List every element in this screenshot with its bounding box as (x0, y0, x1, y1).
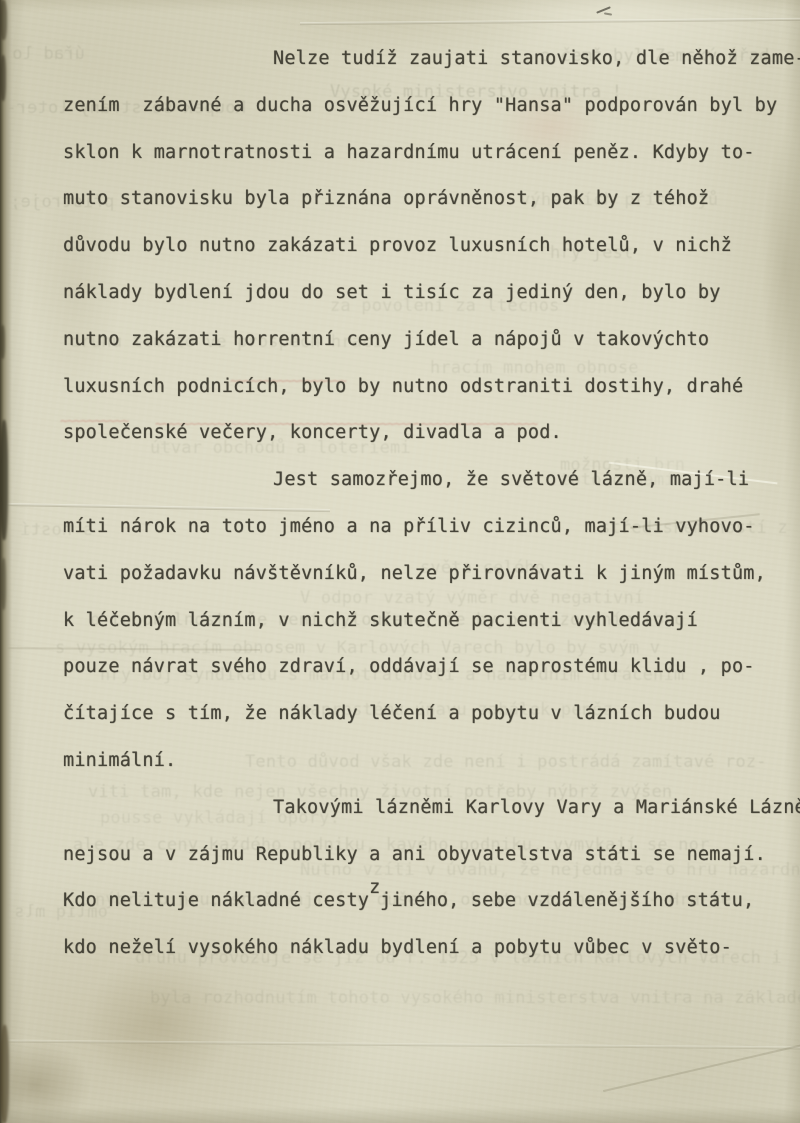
line-text: míti nárok na toto jméno a na příliv ciz… (63, 516, 755, 537)
line-text: sklon k marnotratnosti a hazardnímu utrá… (63, 142, 755, 163)
paper-stain (0, 1040, 90, 1123)
line-text: kdo neželí vysokého nákladu bydlení a po… (63, 937, 732, 958)
text-layer: Nelze tudíž zaujati stanovisko, dle něho… (63, 36, 800, 972)
line-text: Jest samozřejmo, že světové lázně, mají-… (273, 469, 749, 490)
text-line: k léčebným lázním, v nichž skutečně paci… (63, 598, 800, 645)
superscript-insert: z (369, 865, 380, 912)
line-text: zením zábavné a ducha osvěžující hry "Ha… (63, 95, 777, 116)
text-line: muto stanovisku byla přiznána oprávněnos… (63, 176, 800, 223)
line-text: Takovými lázněmi Karlovy Vary a Mariánsk… (273, 797, 800, 818)
text-line: nejsou a v zájmu Republiky a ani obyvate… (63, 832, 800, 879)
line-text: důvodu bylo nutno zakázati provoz luxusn… (63, 235, 732, 256)
text-line: vati požadavku návštěvníků, nelze přirov… (63, 551, 800, 598)
binding-edge (0, 0, 12, 1123)
line-text: minimální. (63, 750, 176, 771)
text-line: nutno zakázati horrentní ceny jídel a ná… (63, 317, 800, 364)
text-line: pouze návrat svého zdraví, oddávají se n… (63, 644, 800, 691)
text-line: Nelze tudíž zaujati stanovisko, dle něho… (63, 36, 800, 83)
paper-crease (603, 1034, 800, 1092)
text-line: Takovými lázněmi Karlovy Vary a Mariánsk… (63, 785, 800, 832)
text-line: Jest samozřejmo, že světové lázně, mají-… (63, 457, 800, 504)
bleedthrough-text: byla rozhodnutím tohoto vysokého ministe… (150, 988, 800, 1008)
line-text: jiného, sebe vzdálenějšího státu, (380, 890, 754, 911)
text-line: čítajíce s tím, že náklady léčení a poby… (63, 691, 800, 738)
text-line: zením zábavné a ducha osvěžující hry "Ha… (63, 83, 800, 130)
edge-blotch (0, 325, 5, 359)
line-text: vati požadavku návštěvníků, nelze přirov… (63, 563, 766, 584)
text-line: kdo neželí vysokého nákladu bydlení a po… (63, 925, 800, 972)
text-line: náklady bydlení jdou do set i tisíc za j… (63, 270, 800, 317)
pencil-mark (604, 12, 612, 15)
line-text: k léčebným lázním, v nichž skutečně paci… (63, 610, 698, 631)
text-line: míti nárok na toto jméno a na příliv ciz… (63, 504, 800, 551)
edge-blotch (1, 558, 6, 610)
line-text: luxusních podnicích, bylo by nutno odstr… (63, 376, 743, 397)
line-text: Kdo nelituje nákladné cesty (63, 890, 369, 911)
document-page: úřad loo čemž byl Zemský úřadVysoké mini… (0, 0, 800, 1123)
text-line: sklon k marnotratnosti a hazardnímu utrá… (63, 130, 800, 177)
edge-blotch (0, 55, 6, 101)
line-text: nejsou a v zájmu Republiky a ani obyvate… (63, 844, 766, 865)
paper-stain (85, 955, 235, 1090)
text-line: minimální. (63, 738, 800, 785)
text-line: důvodu bylo nutno zakázati provoz luxusn… (63, 223, 800, 270)
text-line: luxusních podnicích, bylo by nutno odstr… (63, 364, 800, 411)
line-text: náklady bydlení jdou do set i tisíc za j… (63, 282, 721, 303)
line-text: Nelze tudíž zaujati stanovisko, dle něho… (273, 48, 800, 69)
line-text: pouze návrat svého zdraví, oddávají se n… (63, 656, 755, 677)
line-text: muto stanovisku byla přiznána oprávněnos… (63, 188, 709, 209)
text-line: společenské večery, koncerty, divadla a … (63, 410, 800, 457)
edge-blotch (0, 420, 8, 540)
edge-blotch (0, 1025, 9, 1123)
paper-crease (300, 18, 800, 25)
line-text: společenské večery, koncerty, divadla a … (63, 422, 562, 443)
edge-blotch (0, 0, 7, 40)
line-text: čítajíce s tím, že náklady léčení a poby… (63, 703, 721, 724)
paper-stain (330, 990, 590, 1100)
line-text: nutno zakázati horrentní ceny jídel a ná… (63, 329, 709, 350)
paper-crease (0, 1040, 800, 1050)
text-line: Kdo nelituje nákladné cestyzjiného, sebe… (63, 878, 800, 925)
